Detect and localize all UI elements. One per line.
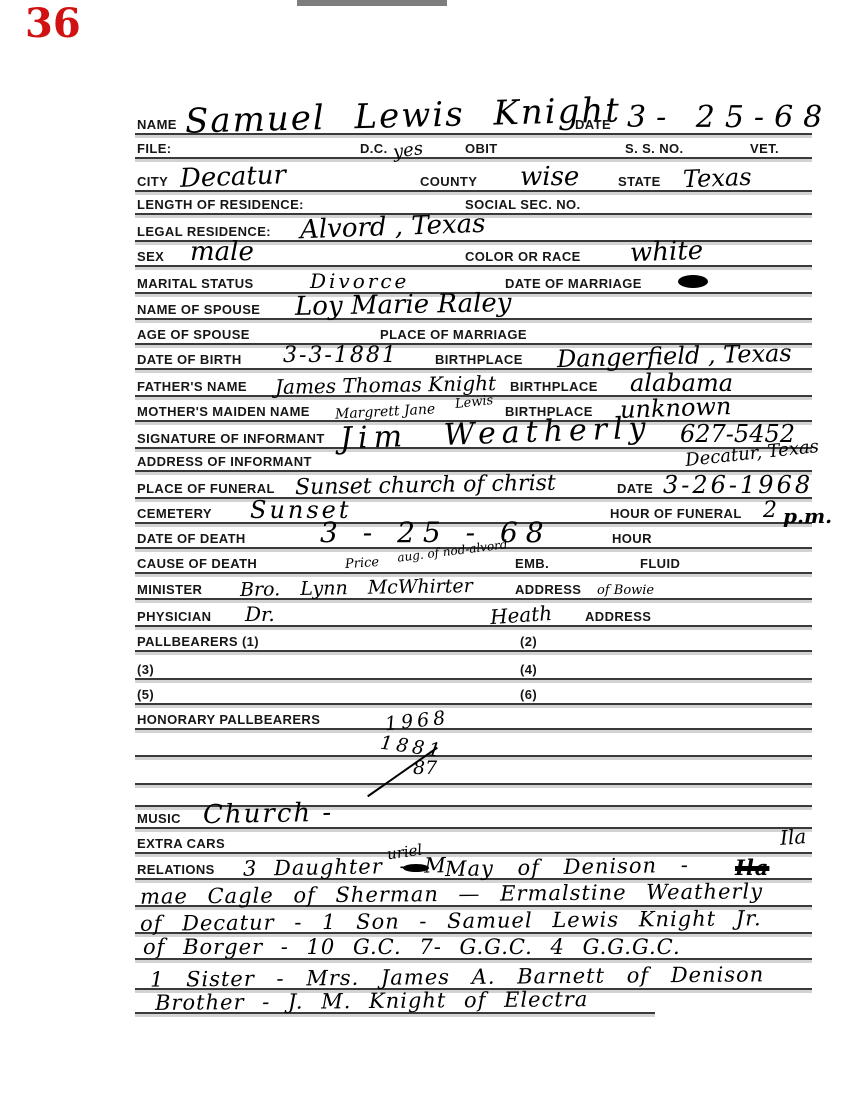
marital-label: MARITAL STATUS [137, 277, 254, 290]
vet-label: VET. [750, 142, 779, 155]
date-death-value: 3 - 25 - 68 [320, 519, 552, 547]
relations-line4: of Borger - 10 G.C. 7- G.G.C. 4 G.G.G.C. [143, 937, 681, 958]
age-spouse-label: AGE OF SPOUSE [137, 328, 250, 341]
scratch-blob [403, 864, 429, 872]
pb4-label: (4) [520, 663, 537, 676]
row-honorary: HONORARY PALLBEARERS 1968 [135, 703, 812, 730]
relations-line1b: May of Denison - [445, 855, 689, 880]
spouse-label: NAME OF SPOUSE [137, 303, 260, 316]
row-pallbearers-1-2: PALLBEARERS (1) (2) [135, 625, 812, 652]
relations-line6: Brother - J. M. Knight of Electra [155, 989, 588, 1014]
page-number: 36 [25, 4, 81, 44]
funeral-place-label: PLACE OF FUNERAL [137, 482, 275, 495]
obit-label: OBIT [465, 142, 498, 155]
mother-label: MOTHER'S MAIDEN NAME [137, 405, 310, 418]
row-music: MUSIC Church - [135, 802, 812, 829]
physician-name: Heath [489, 603, 552, 627]
row-file: FILE: D.C. yes OBIT S. S. NO. VET. [135, 132, 812, 159]
pb2-label: (2) [520, 635, 537, 648]
county-label: COUNTY [420, 175, 477, 188]
legal-residence-value: Alvord , Texas [300, 211, 486, 243]
emb-label: EMB. [515, 557, 549, 570]
relations-label: RELATIONS [137, 863, 215, 876]
row-relations-2: mae Cagle of Sherman — Ermalstine Weathe… [135, 880, 812, 907]
father-birthplace-value: alabama [630, 371, 733, 395]
pallbearers-label: PALLBEARERS (1) [137, 635, 259, 648]
minister-address-label: ADDRESS [515, 583, 581, 596]
row-spouse: NAME OF SPOUSE Loy Marie Raley [135, 293, 812, 320]
county-value: wise [520, 164, 579, 190]
relations-line1-strike: Ila [735, 857, 769, 878]
date-label: DATE [575, 118, 611, 131]
extra-cars-note: Ila [779, 826, 807, 848]
birthplace-value: Dangerfield , Texas [557, 341, 792, 371]
birthplace-label: BIRTHPLACE [435, 353, 523, 366]
date-marriage-label: DATE OF MARRIAGE [505, 277, 642, 290]
row-extra-cars: EXTRA CARS Ila [135, 827, 812, 854]
father-label: FATHER'S NAME [137, 380, 247, 393]
informant-address-label: ADDRESS OF INFORMANT [137, 455, 312, 468]
funeral-date-label: DATE [617, 482, 653, 495]
hour-funeral-label: HOUR OF FUNERAL [610, 507, 742, 520]
state-label: STATE [618, 175, 661, 188]
physician-address-label: ADDRESS [585, 610, 651, 623]
minister-value: Bro. Lynn McWhirter [240, 577, 473, 600]
cause-label: CAUSE OF DEATH [137, 557, 257, 570]
scan-artifact-bar [297, 0, 447, 6]
relations-line3: of Decatur - 1 Son - Samuel Lewis Knight… [140, 908, 762, 934]
pb3-label: (3) [137, 663, 154, 676]
marital-value: Divorce [310, 271, 409, 291]
cemetery-label: CEMETERY [137, 507, 212, 520]
ssn-label: S. S. NO. [625, 142, 684, 155]
row-physician: PHYSICIAN Dr. Heath ADDRESS [135, 600, 812, 627]
spouse-value: Loy Marie Raley [295, 290, 512, 320]
minister-label: MINISTER [137, 583, 202, 596]
sex-label: SEX [137, 250, 164, 263]
mother-value-insert: Lewis [454, 394, 493, 411]
row-relations-6: Brother - J. M. Knight of Electra [135, 987, 655, 1014]
scribble-blob [678, 275, 708, 288]
row-name-date: NAME Samuel Lewis Knight DATE 3- 25-68 [135, 108, 812, 135]
dob-value: 3-3-1881 [283, 345, 398, 367]
dob-label: DATE OF BIRTH [137, 353, 242, 366]
hour-funeral-value: 2 [763, 500, 777, 522]
row-sex-race: SEX male COLOR OR RACE white [135, 240, 812, 267]
file-label: FILE: [137, 142, 172, 155]
fluid-label: FLUID [640, 557, 680, 570]
honorary-label: HONORARY PALLBEARERS [137, 713, 320, 726]
date-value: 3- 25-68 [627, 103, 832, 133]
father-value: James Thomas Knight [275, 373, 496, 397]
color-race-value: white [630, 238, 704, 267]
row-minister: MINISTER Bro. Lynn McWhirter ADDRESS of … [135, 573, 812, 600]
pb6-label: (6) [520, 688, 537, 701]
father-birthplace-label: BIRTHPLACE [510, 380, 598, 393]
row-relations-5: 1 Sister - Mrs. James A. Barnett of Deni… [135, 963, 812, 990]
minister-address-value: of Bowie [597, 584, 654, 597]
row-relations-1: RELATIONS 3 Daughter - M uriel May of De… [135, 853, 812, 880]
row-funeral-place: PLACE OF FUNERAL Sunset church of christ… [135, 472, 812, 499]
row-relations-4: of Borger - 10 G.C. 7- G.G.C. 4 G.G.G.C. [135, 933, 812, 960]
row-blank-1: 1881 [135, 730, 812, 757]
row-birth: DATE OF BIRTH 3-3-1881 BIRTHPLACE Danger… [135, 343, 812, 370]
hour-label: HOUR [612, 532, 652, 545]
place-marriage-label: PLACE OF MARRIAGE [380, 328, 527, 341]
funeral-date-value: 3-26-1968 [663, 473, 813, 497]
pb5-label: (5) [137, 688, 154, 701]
music-label: MUSIC [137, 812, 181, 825]
relations-line2: mae Cagle of Sherman — Ermalstine Weathe… [140, 881, 763, 907]
physician-value: Dr. [245, 604, 275, 624]
name-label: NAME [137, 118, 177, 131]
calc-result: 87 [413, 759, 437, 778]
dc-value: yes [392, 140, 424, 162]
row-cause: CAUSE OF DEATH Price aug. of nod-alvord … [135, 547, 812, 574]
informant-label: SIGNATURE OF INFORMANT [137, 432, 325, 445]
dc-label: D.C. [360, 142, 388, 155]
scanned-funeral-record-page: 36 NAME Samuel Lewis Knight DATE 3- 25-6… [0, 0, 850, 1100]
physician-label: PHYSICIAN [137, 610, 211, 623]
sex-value: male [190, 239, 254, 265]
city-label: CITY [137, 175, 168, 188]
music-value: Church - [203, 800, 334, 828]
row-informant-address: ADDRESS OF INFORMANT Decatur, Texas [135, 445, 812, 472]
extra-cars-label: EXTRA CARS [137, 837, 225, 850]
row-pallbearers-3-4: (3) (4) [135, 653, 812, 680]
cause-note-a: Price [345, 556, 380, 571]
length-residence-label: LENGTH OF RESIDENCE: [137, 198, 304, 211]
date-death-label: DATE OF DEATH [137, 532, 246, 545]
color-race-label: COLOR OR RACE [465, 250, 581, 263]
row-pallbearers-5-6: (5) (6) [135, 678, 812, 705]
row-relations-3: of Decatur - 1 Son - Samuel Lewis Knight… [135, 907, 812, 934]
